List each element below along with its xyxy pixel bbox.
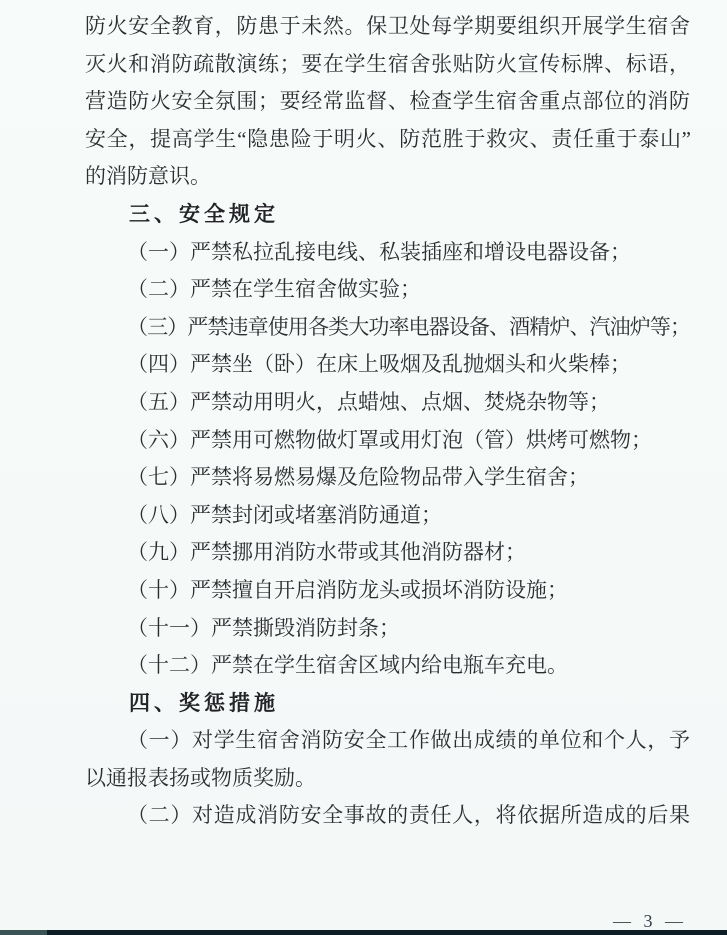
- regulation-item: （二）严禁在学生宿舍做实验；: [85, 271, 690, 309]
- document-body: 防火安全教育，防患于未然。保卫处每学期要组织开展学生宿舍 灭火和消防疏散演练；要…: [85, 8, 690, 835]
- document-page: 防火安全教育，防患于未然。保卫处每学期要组织开展学生宿舍 灭火和消防疏散演练；要…: [0, 0, 727, 935]
- intro-line: 营造防火安全氛围；要经常监督、检查学生宿舍重点部位的消防: [85, 83, 690, 121]
- intro-line: 安全，提高学生“隐患险于明火、防范胜于救灾、责任重于泰山”: [85, 121, 690, 159]
- measure-line: 以通报表扬或物质奖励。: [85, 760, 690, 798]
- regulation-item: （十二）严禁在学生宿舍区域内给电瓶车充电。: [85, 647, 690, 685]
- regulation-item: （七）严禁将易燃易爆及危险物品带入学生宿舍；: [85, 459, 690, 497]
- regulation-item: （三）严禁违章使用各类大功率电器设备、酒精炉、汽油炉等；: [85, 309, 690, 347]
- regulation-item: （十一）严禁撕毁消防封条；: [85, 610, 690, 648]
- intro-line: 灭火和消防疏散演练；要在学生宿舍张贴防火宣传标牌、标语，: [85, 46, 690, 84]
- regulation-item: （四）严禁坐（卧）在床上吸烟及乱抛烟头和火柴棒；: [85, 346, 690, 384]
- scan-bottom-edge: [0, 930, 727, 935]
- regulation-item: （八）严禁封闭或堵塞消防通道；: [85, 497, 690, 535]
- regulation-item: （九）严禁挪用消防水带或其他消防器材；: [85, 534, 690, 572]
- intro-line: 防火安全教育，防患于未然。保卫处每学期要组织开展学生宿舍: [85, 8, 690, 46]
- section-heading-safety-rules: 三、安全规定: [85, 196, 690, 234]
- measure-line: （一）对学生宿舍消防安全工作做出成绩的单位和个人，予: [85, 722, 690, 760]
- scan-bottom-edge-left-segment: [0, 930, 47, 935]
- intro-line: 的消防意识。: [85, 158, 690, 196]
- measure-line: （二）对造成消防安全事故的责任人，将依据所造成的后果: [85, 797, 690, 835]
- regulation-item: （五）严禁动用明火，点蜡烛、点烟、焚烧杂物等；: [85, 384, 690, 422]
- section-heading-rewards-penalties: 四、奖惩措施: [85, 685, 690, 723]
- regulation-item: （十）严禁擅自开启消防龙头或损坏消防设施；: [85, 572, 690, 610]
- regulation-item: （一）严禁私拉乱接电线、私装插座和增设电器设备；: [85, 234, 690, 272]
- page-number: — 3 —: [613, 910, 687, 932]
- regulation-item: （六）严禁用可燃物做灯罩或用灯泡（管）烘烤可燃物；: [85, 422, 690, 460]
